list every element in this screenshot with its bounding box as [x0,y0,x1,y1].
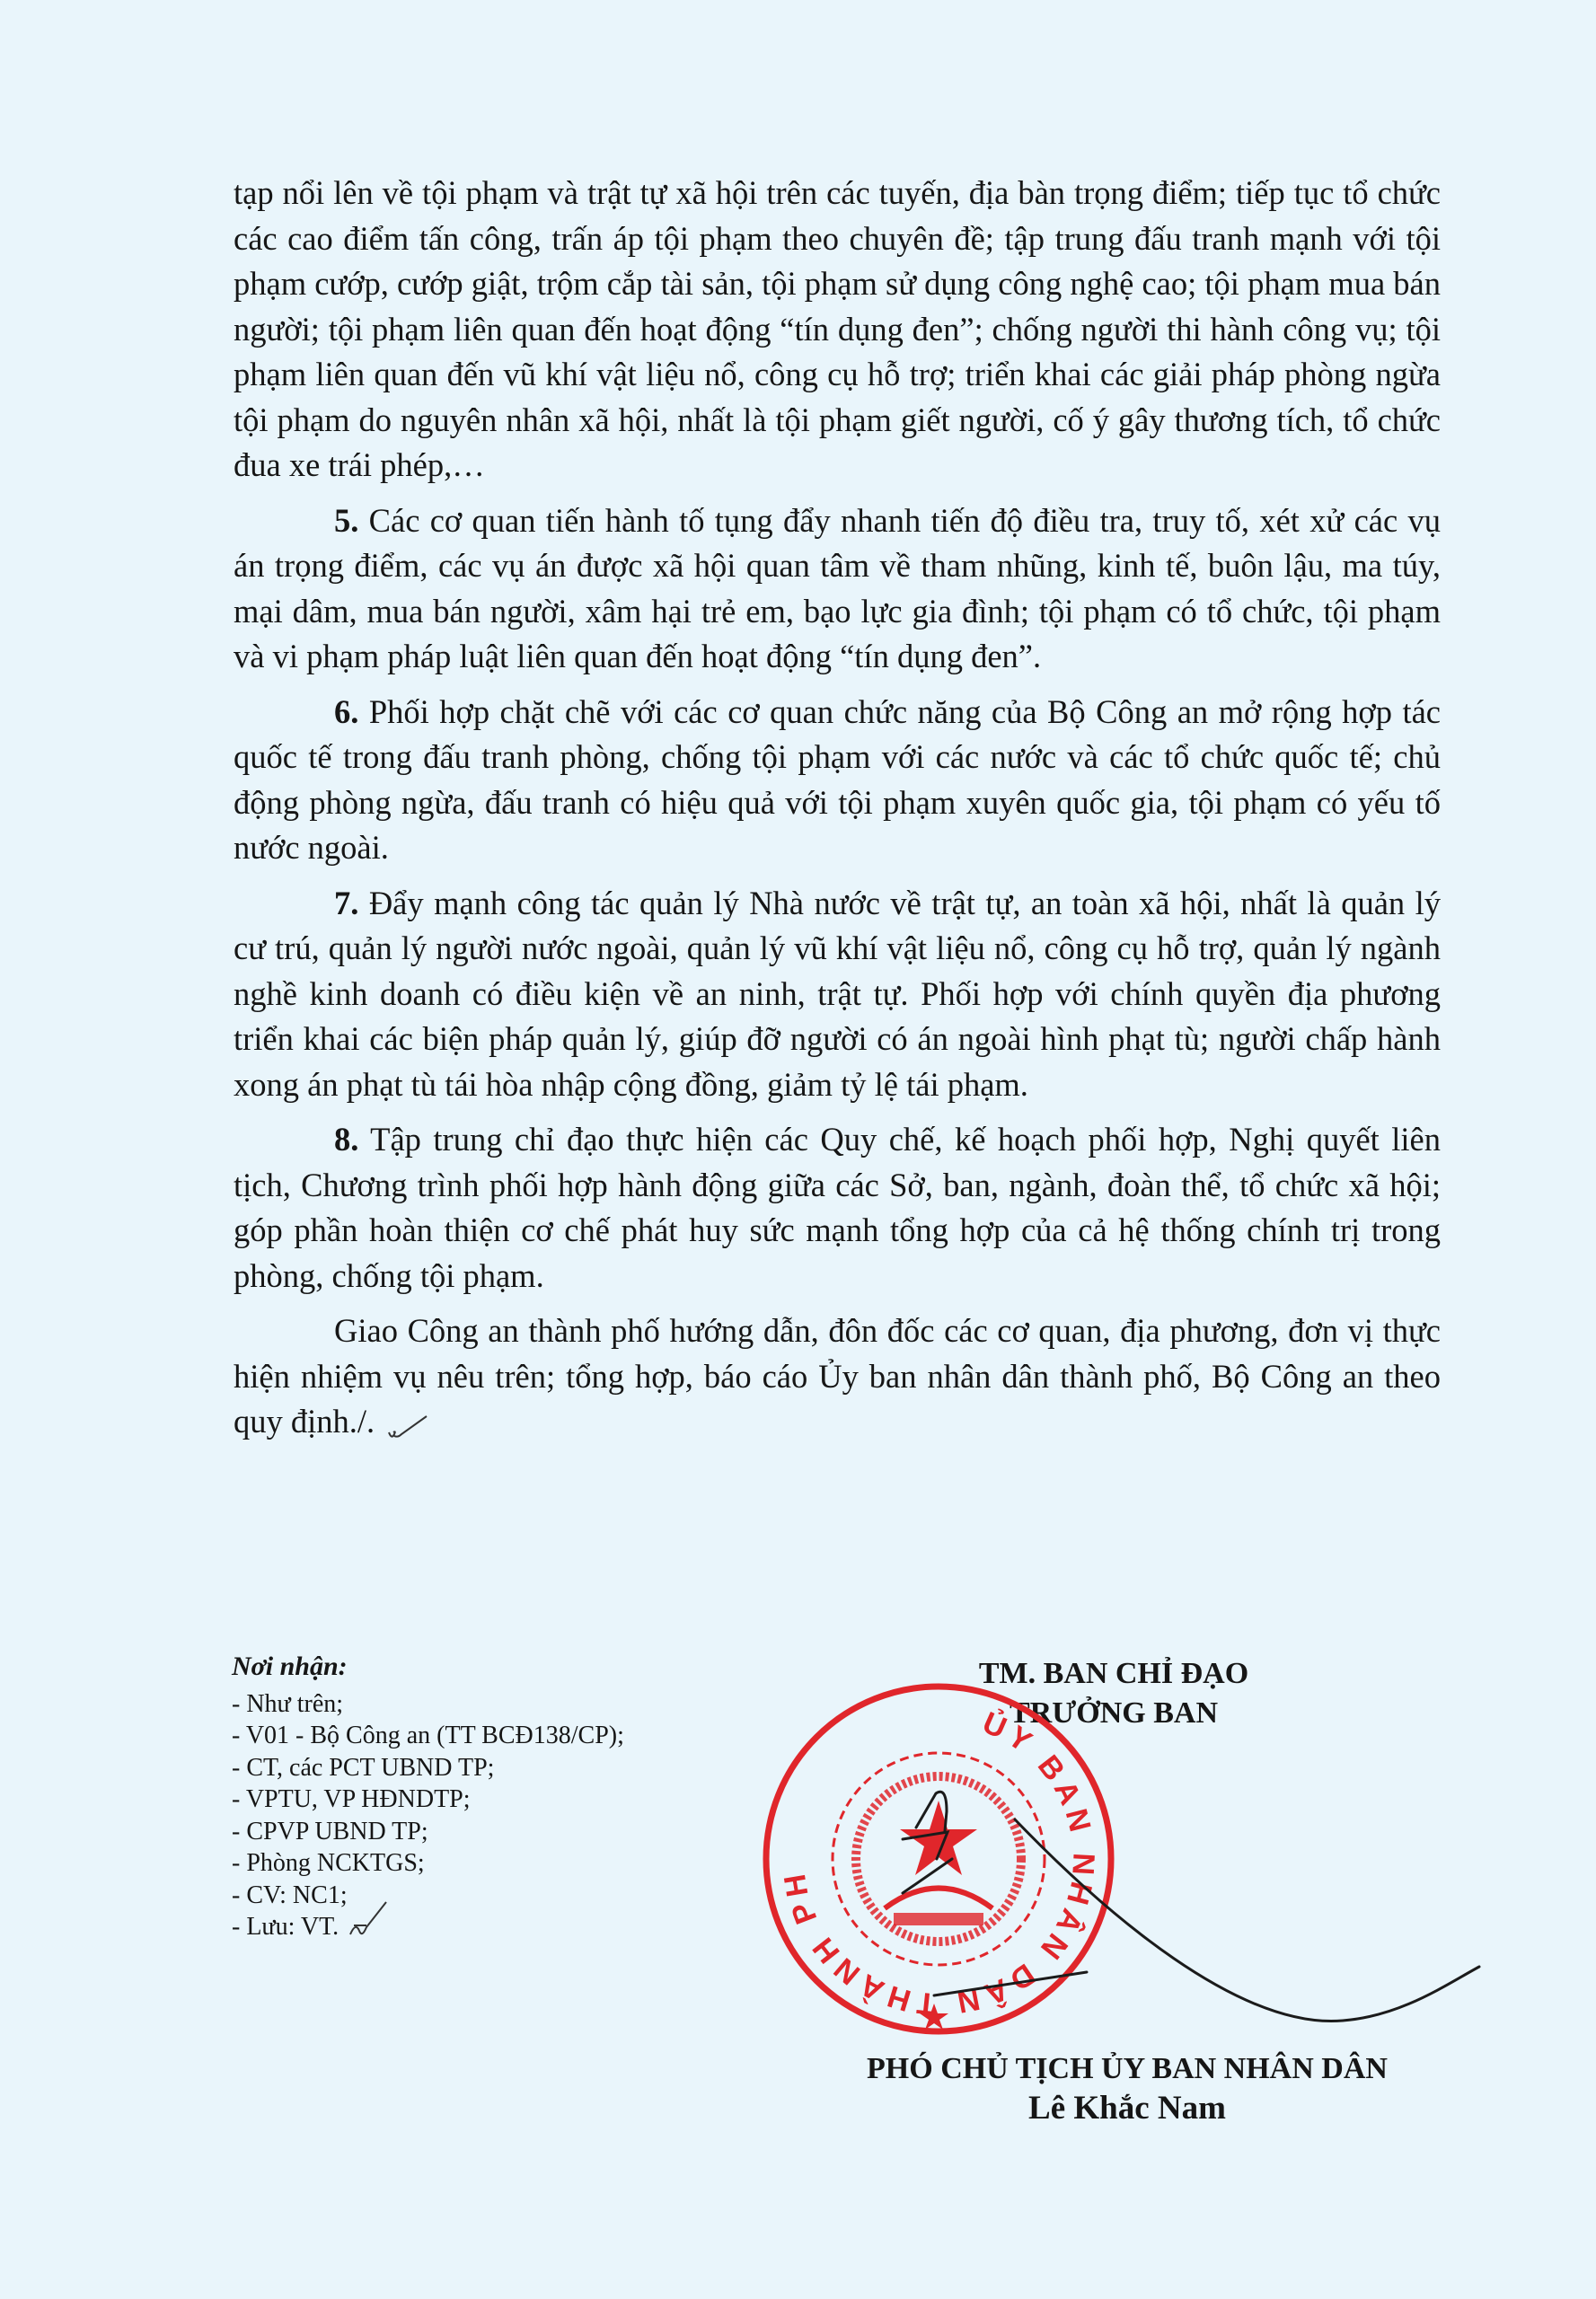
item-number: 8. [334,1121,358,1158]
paragraph-text: Phối hợp chặt chẽ với các cơ quan chức n… [234,693,1441,867]
signer-title: PHÓ CHỦ TỊCH ỦY BAN NHÂN DÂN [790,2049,1464,2089]
signature-stroke [934,1972,1087,1995]
recipient-item: - CPVP UBND TP; [232,1816,624,1848]
signature-stroke [1015,1819,1479,2022]
on-behalf-label: TM. BAN CHỈ ĐẠO [862,1654,1365,1694]
paragraph-item-5: 5. Các cơ quan tiến hành tố tụng đẩy nha… [234,498,1441,680]
paragraph-text: Tập trung chỉ đạo thực hiện các Quy chế,… [234,1121,1441,1294]
paragraph-text: Các cơ quan tiến hành tố tụng đẩy nhanh … [234,502,1441,675]
paragraph-text: tạp nổi lên về tội phạm và trật tự xã hộ… [234,174,1441,483]
recipient-item: - VPTU, VP HĐNDTP; [232,1784,624,1816]
recipient-item: - CT, các PCT UBND TP; [232,1752,624,1784]
signature-stroke [903,1792,948,1859]
paragraph-continuation: tạp nổi lên về tội phạm và trật tự xã hộ… [234,171,1441,489]
signature-stroke [903,1859,952,1893]
paragraph-closing: Giao Công an thành phố hướng dẫn, đôn đố… [234,1308,1441,1445]
recipient-item: - Phòng NCKTGS; [232,1847,624,1880]
initials-mark-icon [384,1413,437,1445]
role-label: TRƯỞNG BAN [862,1694,1365,1733]
signer-name: Lê Khắc Nam [790,2089,1464,2128]
recipient-item: - Như trên; [232,1688,624,1721]
item-number: 5. [334,502,358,539]
paragraph-item-7: 7. Đẩy mạnh công tác quản lý Nhà nước về… [234,881,1441,1108]
recipient-item: - V01 - Bộ Công an (TT BCĐ138/CP); [232,1720,624,1752]
small-star-icon [920,2004,948,2030]
signature-header: TM. BAN CHỈ ĐẠO TRƯỞNG BAN [862,1654,1365,1733]
star-icon [900,1801,977,1875]
paragraph-item-8: 8. Tập trung chỉ đạo thực hiện các Quy c… [234,1117,1441,1299]
document-body: tạp nổi lên về tội phạm và trật tự xã hộ… [234,171,1441,1455]
item-number: 7. [334,885,358,921]
recipients-list: Nơi nhận: - Như trên; - V01 - Bộ Công an… [232,1651,624,1943]
recipient-text: - Lưu: VT. [232,1913,339,1941]
item-number: 6. [334,693,358,730]
recipient-item: - CV: NC1; [232,1880,624,1912]
signature-footer: PHÓ CHỦ TỊCH ỦY BAN NHÂN DÂN Lê Khắc Nam [790,2049,1464,2128]
paragraph-text: Đẩy mạnh công tác quản lý Nhà nước về tr… [234,885,1441,1103]
paragraph-item-6: 6. Phối hợp chặt chẽ với các cơ quan chứ… [234,690,1441,871]
recipient-item: - Lưu: VT. [232,1911,624,1943]
recipients-heading: Nơi nhận: [232,1651,624,1683]
initials-mark-icon [347,1898,392,1943]
